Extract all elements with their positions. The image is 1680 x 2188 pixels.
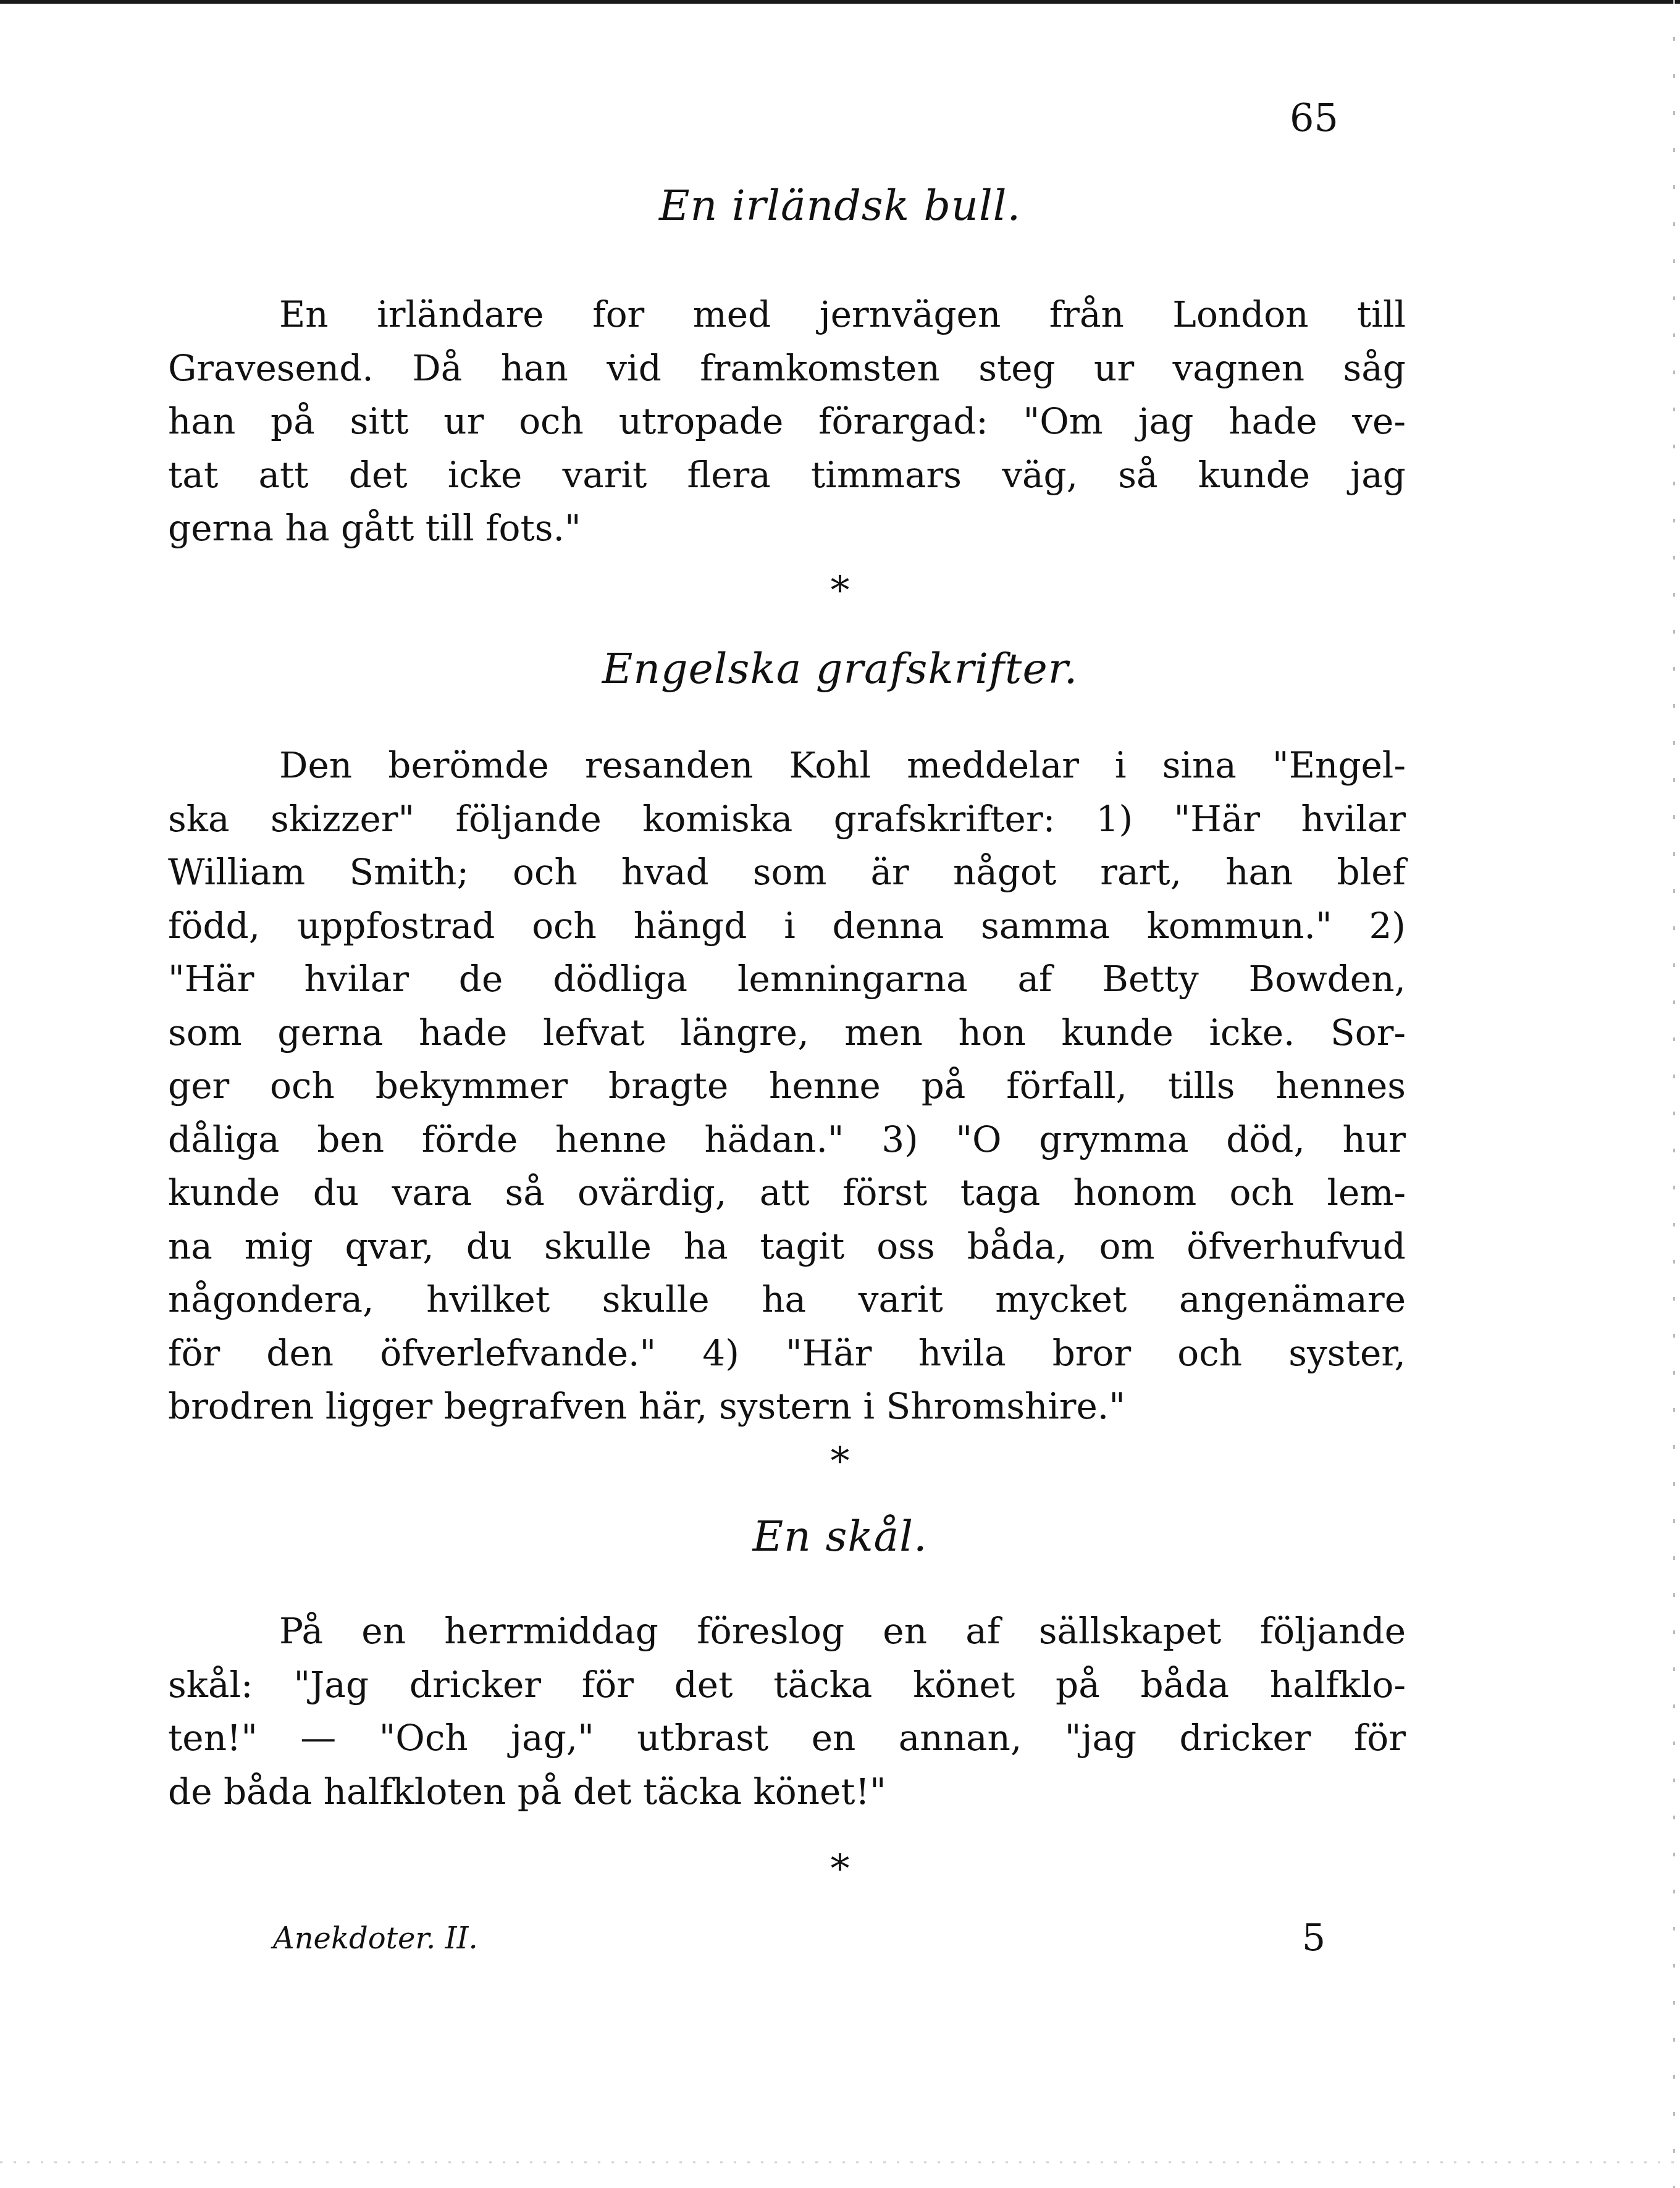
text-line: ger och bekymmer bragte henne på förfall… bbox=[168, 1059, 1406, 1113]
section-body-english-epitaphs: Den berömde resanden Kohl meddelar i sin… bbox=[168, 739, 1406, 1433]
text-line: någondera, hvilket skulle ha varit mycke… bbox=[168, 1273, 1406, 1327]
text-line: skål: "Jag dricker för det täcka könet p… bbox=[168, 1658, 1406, 1712]
text-line: Den berömde resanden Kohl meddelar i sin… bbox=[168, 739, 1406, 792]
printer-signature: Anekdoter. II. bbox=[273, 1924, 478, 1953]
scan-bottom-edge bbox=[0, 2161, 1680, 2163]
text-line: tat att det icke varit flera timmars väg… bbox=[168, 448, 1406, 502]
text-line: kunde du vara så ovärdig, att först taga… bbox=[168, 1166, 1406, 1220]
text-line: En irländare for med jernvägen från Lond… bbox=[168, 288, 1406, 342]
text-line: för den öfverlefvande." 4) "Här hvila br… bbox=[168, 1327, 1406, 1380]
text-line: "Här hvilar de dödliga lemningarna af Be… bbox=[168, 952, 1406, 1006]
signature-number: 5 bbox=[1302, 1919, 1325, 1956]
section-separator: * bbox=[0, 571, 1680, 610]
section-body-a-toast: På en herrmiddag föreslog en af sällskap… bbox=[168, 1604, 1406, 1818]
text-line: han på sitt ur och utropade förargad: "O… bbox=[168, 395, 1406, 448]
scan-top-edge bbox=[0, 0, 1680, 4]
text-line: William Smith; och hvad som är något rar… bbox=[168, 845, 1406, 899]
section-body-irish-bull: En irländare for med jernvägen från Lond… bbox=[168, 288, 1406, 555]
text-line: På en herrmiddag föreslog en af sällskap… bbox=[168, 1604, 1406, 1658]
text-line: na mig qvar, du skulle ha tagit oss båda… bbox=[168, 1220, 1406, 1273]
text-line: Gravesend. Då han vid framkomsten steg u… bbox=[168, 342, 1406, 395]
section-separator: * bbox=[0, 1442, 1680, 1480]
text-line: de båda halfkloten på det täcka könet!" bbox=[168, 1765, 1406, 1819]
section-separator: * bbox=[0, 1850, 1680, 1888]
text-line: brodren ligger begrafven här, systern i … bbox=[168, 1380, 1406, 1433]
text-line: född, uppfostrad och hängd i denna samma… bbox=[168, 899, 1406, 953]
page-number: 65 bbox=[1290, 99, 1338, 137]
text-line: som gerna hade lefvat längre, men hon ku… bbox=[168, 1006, 1406, 1060]
section-title-irish-bull: En irländsk bull. bbox=[0, 185, 1680, 227]
section-title-english-epitaphs: Engelska grafskrifter. bbox=[0, 648, 1680, 690]
section-title-a-toast: En skål. bbox=[0, 1516, 1680, 1558]
text-line: ten!" — "Och jag," utbrast en annan, "ja… bbox=[168, 1711, 1406, 1765]
text-line: dåliga ben förde henne hädan." 3) "O gry… bbox=[168, 1113, 1406, 1167]
text-line: ska skizzer" följande komiska grafskrift… bbox=[168, 792, 1406, 846]
text-line: gerna ha gått till fots." bbox=[168, 501, 1406, 555]
